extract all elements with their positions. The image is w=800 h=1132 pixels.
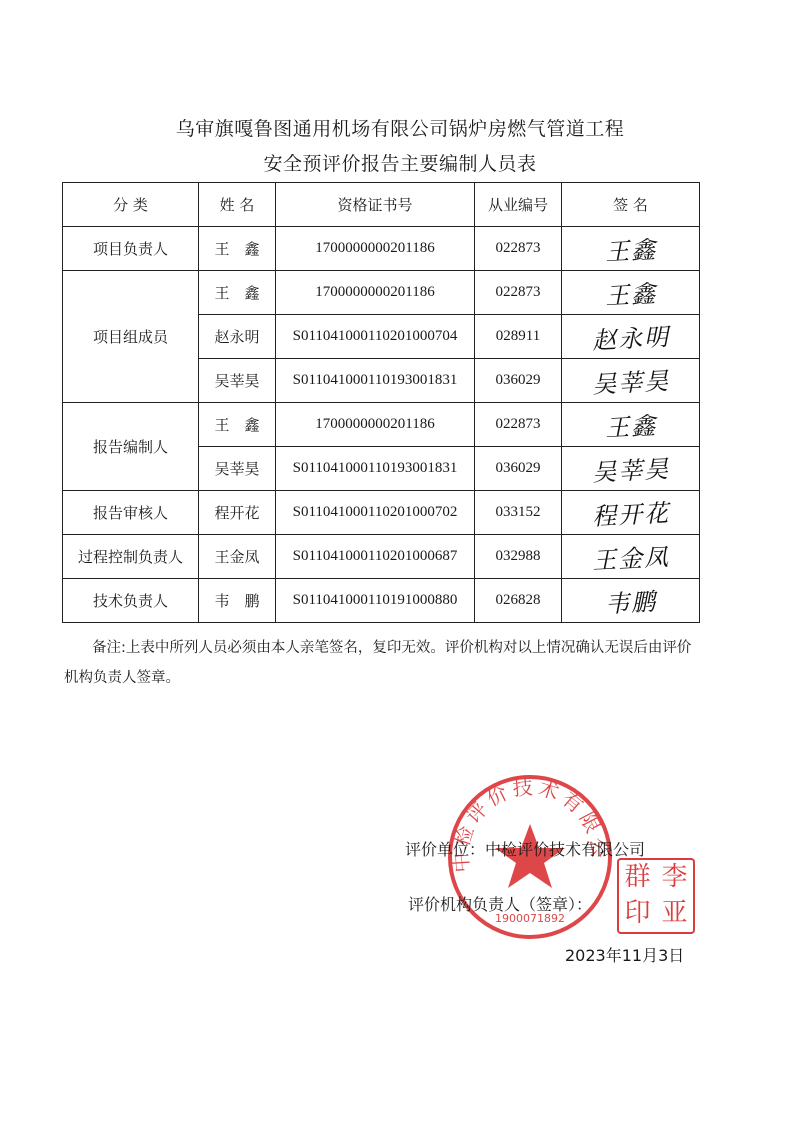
emp-no-cell: 036029: [475, 447, 562, 491]
name-cell: 王 鑫: [199, 403, 276, 447]
seal-char: 印: [619, 896, 656, 932]
handwritten-signature: 韦鹏: [604, 582, 658, 620]
document-title-line1: 乌审旗嘎鲁图通用机场有限公司锅炉房燃气管道工程: [0, 114, 800, 141]
name-cell: 吴莘昊: [199, 447, 276, 491]
handwritten-signature: 程开花: [591, 493, 671, 532]
cert-cell: S011041000110201000687: [276, 535, 475, 579]
header-name: 姓 名: [199, 183, 276, 227]
cert-cell: S011041000110193001831: [276, 359, 475, 403]
header-signature: 签 名: [562, 183, 700, 227]
signature-cell: 韦鹏: [562, 579, 700, 623]
square-personal-seal: 群 李 印 亚: [617, 858, 695, 934]
name-cell: 程开花: [199, 491, 276, 535]
cert-cell: 1700000000201186: [276, 403, 475, 447]
handwritten-signature: 吴莘昊: [591, 361, 671, 400]
document-date: 2023年11月3日: [565, 943, 684, 966]
emp-no-cell: 026828: [475, 579, 562, 623]
handwritten-signature: 赵永明: [591, 317, 671, 356]
signature-cell: 吴莘昊: [562, 359, 700, 403]
emp-no-cell: 033152: [475, 491, 562, 535]
cert-cell: 1700000000201186: [276, 271, 475, 315]
name-cell: 王金凤: [199, 535, 276, 579]
emp-no-cell: 032988: [475, 535, 562, 579]
category-cell: 技术负责人: [63, 579, 199, 623]
signature-cell: 王鑫: [562, 271, 700, 315]
header-emp-no: 从业编号: [475, 183, 562, 227]
table-row: 项目组成员 王 鑫 1700000000201186 022873 王鑫: [63, 271, 700, 315]
name-cell: 韦 鹏: [199, 579, 276, 623]
cert-cell: S011041000110193001831: [276, 447, 475, 491]
table-row: 项目负责人 王 鑫 1700000000201186 022873 王鑫: [63, 227, 700, 271]
emp-no-cell: 022873: [475, 227, 562, 271]
seal-char: 亚: [656, 896, 693, 932]
evaluation-unit: 评价单位：中检评价技术有限公司: [405, 837, 645, 860]
name-cell: 吴莘昊: [199, 359, 276, 403]
table-row: 过程控制负责人 王金凤 S011041000110201000687 03298…: [63, 535, 700, 579]
emp-no-cell: 022873: [475, 403, 562, 447]
category-cell: 过程控制负责人: [63, 535, 199, 579]
cert-cell: S011041000110191000880: [276, 579, 475, 623]
signature-cell: 王鑫: [562, 227, 700, 271]
table-row: 报告审核人 程开花 S011041000110201000702 033152 …: [63, 491, 700, 535]
signature-cell: 吴莘昊: [562, 447, 700, 491]
header-category: 分 类: [63, 183, 199, 227]
category-cell: 项目组成员: [63, 271, 199, 403]
name-cell: 王 鑫: [199, 227, 276, 271]
table-row: 技术负责人 韦 鹏 S011041000110191000880 026828 …: [63, 579, 700, 623]
emp-no-cell: 022873: [475, 271, 562, 315]
staff-table: 分 类 姓 名 资格证书号 从业编号 签 名 项目负责人 王 鑫 1700000…: [62, 182, 700, 623]
signature-cell: 王鑫: [562, 403, 700, 447]
seal-char: 李: [656, 860, 693, 896]
header-cert: 资格证书号: [276, 183, 475, 227]
table-header-row: 分 类 姓 名 资格证书号 从业编号 签 名: [63, 183, 700, 227]
handwritten-signature: 王鑫: [604, 274, 658, 312]
signature-cell: 王金凤: [562, 535, 700, 579]
agency-leader-signature-label: 评价机构负责人（签章）：: [408, 892, 592, 915]
emp-no-cell: 028911: [475, 315, 562, 359]
handwritten-signature: 王鑫: [604, 406, 658, 444]
signature-cell: 程开花: [562, 491, 700, 535]
cert-cell: 1700000000201186: [276, 227, 475, 271]
remark-note: 备注:上表中所列人员必须由本人亲笔签名，复印无效。评价机构对以上情况确认无误后由…: [64, 633, 704, 693]
handwritten-signature: 吴莘昊: [591, 449, 671, 488]
emp-no-cell: 036029: [475, 359, 562, 403]
handwritten-signature: 王鑫: [604, 230, 658, 268]
handwritten-signature: 王金凤: [591, 537, 671, 576]
category-cell: 报告编制人: [63, 403, 199, 491]
category-cell: 报告审核人: [63, 491, 199, 535]
seal-char: 群: [619, 860, 656, 896]
cert-cell: S011041000110201000704: [276, 315, 475, 359]
table-row: 报告编制人 王 鑫 1700000000201186 022873 王鑫: [63, 403, 700, 447]
category-cell: 项目负责人: [63, 227, 199, 271]
cert-cell: S011041000110201000702: [276, 491, 475, 535]
document-title-line2: 安全预评价报告主要编制人员表: [0, 149, 800, 176]
signature-cell: 赵永明: [562, 315, 700, 359]
name-cell: 赵永明: [199, 315, 276, 359]
name-cell: 王 鑫: [199, 271, 276, 315]
